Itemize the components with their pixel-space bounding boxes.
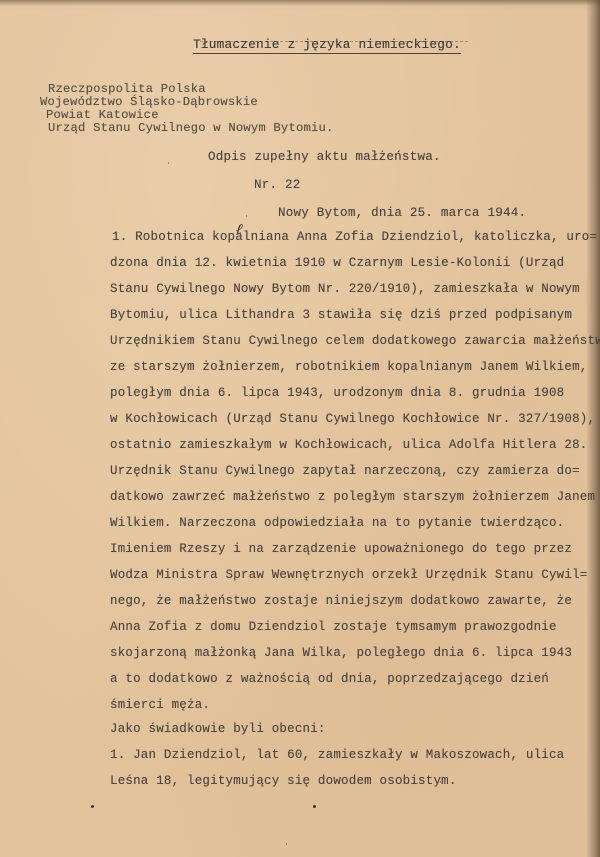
body-line: w Kochłowicach (Urząd Stanu Cywilnego Ko… bbox=[110, 412, 595, 426]
paper-speck bbox=[440, 781, 441, 783]
witnesses-heading: Jako świadkowie byli obecni: bbox=[110, 722, 326, 736]
document-page: Tłumaczenie z języka niemieckiego. Rzecz… bbox=[0, 0, 600, 857]
paper-speck bbox=[313, 805, 316, 808]
body-line: a to dodatkowo z ważnością od dnia, popr… bbox=[110, 672, 549, 686]
header-line-voivodeship: Województwo Śląsko-Dąbrowskie bbox=[40, 95, 258, 109]
document-title: Tłumaczenie z języka niemieckiego. bbox=[193, 38, 461, 54]
witness-line: 1. Jan Dziendziol, lat 60, zamieszkały w… bbox=[110, 748, 564, 762]
body-line: Stanu Cywilnego Nowy Bytom Nr. 220/1910)… bbox=[110, 282, 580, 296]
body-line: ostatnio zamieszkałym w Kochłowicach, ul… bbox=[110, 438, 587, 452]
body-line: Wilkiem. Narzeczona odpowiedziała na to … bbox=[110, 516, 564, 530]
body-line: Wodza Ministra Spraw Wewnętrznych orzekł… bbox=[110, 568, 587, 582]
body-line: Bytomiu, ulica Lithandra 3 stawiła się d… bbox=[110, 308, 572, 322]
body-line: ze starszym żołnierzem, robotnikiem kopa… bbox=[110, 360, 587, 374]
document-subtitle: Odpis zupełny aktu małżeństwa. bbox=[208, 150, 441, 164]
header-line-county: Powiat Katowice bbox=[46, 108, 159, 122]
body-line: nego, że małżeństwo zostaje niniejszym d… bbox=[110, 594, 572, 608]
header-line-republic: Rzeczpospolita Polska bbox=[48, 82, 206, 96]
header-line-registry-office: Urząd Stanu Cywilnego w Nowym Bytomiu. bbox=[48, 121, 334, 135]
body-line: Anna Zofia z domu Dziendziol zostaje tym… bbox=[110, 620, 557, 634]
body-line: Urzędnikiem Stanu Cywilnego celem dodatk… bbox=[110, 334, 600, 348]
body-line: dzona dnia 12. kwietnia 1910 w Czarnym L… bbox=[110, 256, 564, 270]
body-line: Imieniem Rzeszy i na zarządzenie upoważn… bbox=[110, 542, 572, 556]
body-line: śmierci męża. bbox=[110, 698, 210, 712]
paper-speck bbox=[91, 805, 94, 808]
paper-speck bbox=[286, 843, 287, 845]
witness-line: Leśna 18, legitymujący się dowodem osobi… bbox=[110, 774, 457, 788]
paper-right-edge-shadow bbox=[586, 0, 600, 857]
body-line: skojarzoną małżonką Jana Wilka, poległeg… bbox=[110, 646, 572, 660]
paper-top-edge bbox=[0, 0, 600, 6]
paper-speck bbox=[246, 215, 247, 217]
body-line: datkowo zawrzeć małżeństwo z poległym st… bbox=[110, 490, 595, 504]
body-line: Urzędnik Stanu Cywilnego zapytał narzecz… bbox=[110, 464, 580, 478]
place-and-date: Nowy Bytom, dnia 25. marca 1944. bbox=[278, 206, 526, 220]
paper-speck bbox=[168, 162, 169, 164]
record-number: Nr. 22 bbox=[254, 178, 301, 192]
body-line: poległym dnia 6. lipca 1943, urodzonym d… bbox=[110, 386, 564, 400]
body-line: 1. Robotnica kopalniana Anna Zofia Dzien… bbox=[112, 230, 597, 244]
